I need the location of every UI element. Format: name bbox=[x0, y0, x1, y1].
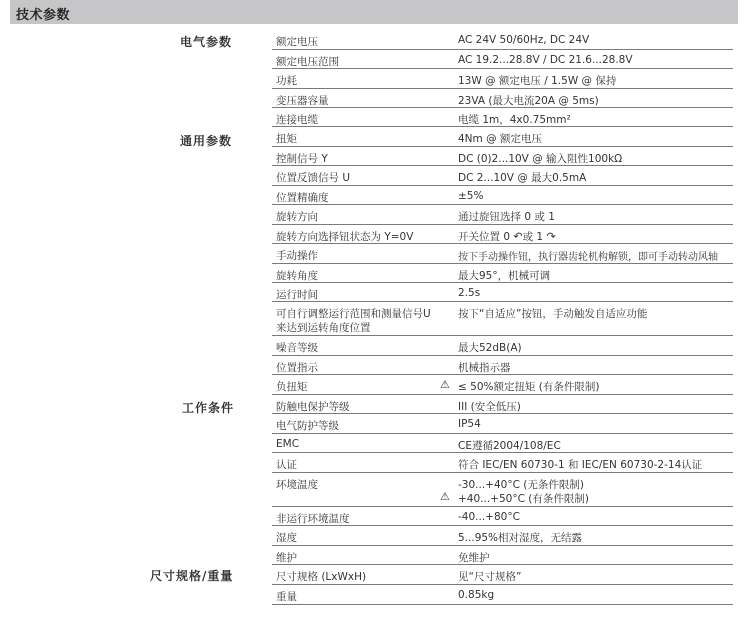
row-value: 符合 IEC/EN 60730-1 和 IEC/EN 60730-2-14认证 bbox=[458, 457, 702, 472]
switch-text: 开关位置 0 bbox=[458, 231, 513, 243]
row-key: 位置精确度 bbox=[276, 190, 329, 205]
row-value: 按下“自适应”按钮，手动触发自适应功能 bbox=[458, 306, 647, 321]
table-row: 变压器容量23VA (最大电流20A @ 5ms) bbox=[272, 89, 733, 108]
row-key: 防触电保护等级 bbox=[276, 399, 350, 414]
row-value: 0.85kg bbox=[458, 589, 494, 601]
section-label-general: 通用参数 bbox=[180, 132, 232, 149]
row-value: III (安全低压) bbox=[458, 399, 521, 414]
row-value: 机械指示器 bbox=[458, 360, 511, 375]
row-value: -40...+80°C bbox=[458, 511, 520, 523]
row-value: 13W @ 额定电压 / 1.5W @ 保持 bbox=[458, 73, 616, 88]
switch-text: 或 1 bbox=[523, 231, 547, 243]
table-row: 负扭矩⚠≤ 50%额定扭矩 (有条件限制) bbox=[272, 375, 733, 395]
row-value: ±5% bbox=[458, 190, 483, 202]
header-title: 技术参数 bbox=[16, 4, 70, 23]
section-header: 技术参数 bbox=[10, 0, 738, 24]
row-key: EMC bbox=[276, 438, 299, 450]
row-key: 旋转方向选择钮状态为 Y=0V bbox=[276, 229, 413, 244]
row-key: 功耗 bbox=[276, 73, 297, 88]
table-row: 手动操作按下手动操作钮，执行器齿轮机构解锁，即可手动转动风轴 bbox=[272, 244, 733, 264]
row-value: ≤ 50%额定扭矩 (有条件限制) bbox=[458, 379, 600, 394]
row-value: DC 2...10V @ 最大0.5mA bbox=[458, 170, 586, 185]
row-value: 免维护 bbox=[458, 550, 490, 565]
table-row: EMCCE遵循2004/108/EC bbox=[272, 434, 733, 453]
row-key: 电气防护等级 bbox=[276, 418, 339, 433]
table-row: 额定电压AC 24V 50/60Hz, DC 24V bbox=[272, 30, 733, 50]
table-row: 扭矩4Nm @ 额定电压 bbox=[272, 127, 733, 147]
row-value: AC 24V 50/60Hz, DC 24V bbox=[458, 34, 589, 46]
table-row: 控制信号 YDC (0)2...10V @ 输入阻性100kΩ bbox=[272, 147, 733, 166]
row-key: 尺寸规格 (LxWxH) bbox=[276, 569, 366, 584]
table-row: 额定电压范围AC 19.2...28.8V / DC 21.6...28.8V bbox=[272, 50, 733, 69]
section-label-electrical: 电气参数 bbox=[180, 33, 232, 50]
row-key: 旋转角度 bbox=[276, 268, 318, 283]
table-row: 尺寸规格 (LxWxH)见“尺寸规格” bbox=[272, 565, 733, 585]
row-key: 运行时间 bbox=[276, 287, 318, 302]
row-value: 见“尺寸规格” bbox=[458, 569, 521, 584]
table-row: 功耗13W @ 额定电压 / 1.5W @ 保持 bbox=[272, 69, 733, 89]
row-key: 控制信号 Y bbox=[276, 151, 328, 166]
rotate-ccw-icon: ↶ bbox=[513, 230, 522, 243]
row-value: CE遵循2004/108/EC bbox=[458, 438, 561, 453]
row-value: 2.5s bbox=[458, 287, 480, 299]
row-value: 通过旋钮选择 0 或 1 bbox=[458, 209, 555, 224]
row-value-line2: +40...+50°C (有条件限制) bbox=[458, 491, 589, 506]
table-row: 认证符合 IEC/EN 60730-1 和 IEC/EN 60730-2-14认… bbox=[272, 453, 733, 473]
row-key-line2: 来达到运转角度位置 bbox=[276, 320, 371, 335]
row-key: 变压器容量 bbox=[276, 93, 329, 108]
row-key: 位置反馈信号 U bbox=[276, 170, 350, 185]
warning-icon: ⚠ bbox=[440, 378, 450, 391]
row-value: IP54 bbox=[458, 418, 481, 430]
table-row: 维护免维护 bbox=[272, 546, 733, 565]
table-row: 环境温度-30...+40°C (无条件限制)⚠+40...+50°C (有条件… bbox=[272, 473, 733, 507]
row-value: 按下手动操作钮，执行器齿轮机构解锁，即可手动转动风轴 bbox=[458, 248, 718, 263]
row-key: 额定电压 bbox=[276, 34, 318, 49]
row-value: 电缆 1m，4x0.75mm² bbox=[458, 112, 571, 127]
row-key: 旋转方向 bbox=[276, 209, 318, 224]
row-key: 负扭矩 bbox=[276, 379, 308, 394]
row-key: 可自行调整运行范围和测量信号U bbox=[276, 306, 431, 321]
table-row: 旋转方向通过旋钮选择 0 或 1 bbox=[272, 205, 733, 225]
rotate-cw-icon: ↷ bbox=[546, 230, 555, 243]
table-row: 位置指示机械指示器 bbox=[272, 356, 733, 375]
table-row: 连接电缆电缆 1m，4x0.75mm² bbox=[272, 108, 733, 127]
row-key: 连接电缆 bbox=[276, 112, 318, 127]
row-value: 4Nm @ 额定电压 bbox=[458, 131, 542, 146]
spec-table: 额定电压AC 24V 50/60Hz, DC 24V 额定电压范围AC 19.2… bbox=[272, 30, 733, 605]
row-value: 最大95°，机械可调 bbox=[458, 268, 550, 283]
warning-icon: ⚠ bbox=[440, 490, 450, 503]
table-row: 湿度5...95%相对湿度，无结露 bbox=[272, 526, 733, 546]
row-key: 非运行环境温度 bbox=[276, 511, 350, 526]
table-row: 可自行调整运行范围和测量信号U来达到运转角度位置按下“自适应”按钮，手动触发自适… bbox=[272, 302, 733, 336]
table-row: 运行时间2.5s bbox=[272, 283, 733, 302]
row-key: 认证 bbox=[276, 457, 297, 472]
row-key: 湿度 bbox=[276, 530, 297, 545]
row-key: 重量 bbox=[276, 589, 297, 604]
table-row: 噪音等级最大52dB(A) bbox=[272, 336, 733, 356]
table-row: 位置反馈信号 UDC 2...10V @ 最大0.5mA bbox=[272, 166, 733, 186]
row-value: -30...+40°C (无条件限制) bbox=[458, 477, 584, 492]
table-row: 位置精确度±5% bbox=[272, 186, 733, 205]
table-row: 重量0.85kg bbox=[272, 585, 733, 605]
section-label-operating: 工作条件 bbox=[182, 399, 234, 416]
row-value: AC 19.2...28.8V / DC 21.6...28.8V bbox=[458, 54, 633, 66]
row-key: 噪音等级 bbox=[276, 340, 318, 355]
row-value: 开关位置 0 ↶或 1 ↷ bbox=[458, 229, 556, 244]
section-label-dimensions: 尺寸规格/重量 bbox=[150, 567, 233, 584]
row-key: 位置指示 bbox=[276, 360, 318, 375]
row-key: 手动操作 bbox=[276, 248, 318, 263]
table-row: 电气防护等级IP54 bbox=[272, 414, 733, 434]
row-key: 扭矩 bbox=[276, 131, 297, 146]
row-value: DC (0)2...10V @ 输入阻性100kΩ bbox=[458, 151, 622, 166]
table-row: 防触电保护等级III (安全低压) bbox=[272, 395, 733, 414]
row-value: 5...95%相对湿度，无结露 bbox=[458, 530, 582, 545]
table-row: 旋转方向选择钮状态为 Y=0V开关位置 0 ↶或 1 ↷ bbox=[272, 225, 733, 244]
table-row: 旋转角度最大95°，机械可调 bbox=[272, 264, 733, 283]
table-row: 非运行环境温度-40...+80°C bbox=[272, 507, 733, 526]
row-key: 额定电压范围 bbox=[276, 54, 339, 69]
row-value: 最大52dB(A) bbox=[458, 340, 522, 355]
row-value: 23VA (最大电流20A @ 5ms) bbox=[458, 93, 599, 108]
row-key: 环境温度 bbox=[276, 477, 318, 492]
row-key: 维护 bbox=[276, 550, 297, 565]
